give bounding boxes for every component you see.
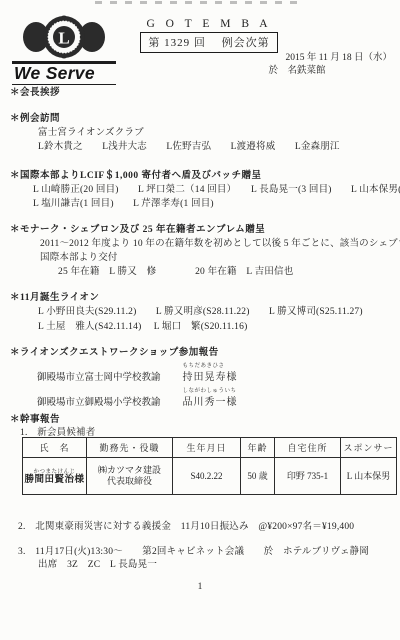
col-age: 年齢 bbox=[241, 438, 275, 458]
quest-participant-1: 御殿場市立富士岡中学校教諭もちだあきひさ持田晃寿様 bbox=[37, 368, 238, 383]
date-block: 2015 年 11 月 18 日（水） 於 名鉄菜館 bbox=[232, 52, 392, 78]
lions-club-logo: L We Serve bbox=[12, 14, 116, 85]
meeting-date: 2015 年 11 月 18 日（水） bbox=[232, 52, 392, 65]
quest-affiliation-2: 御殿場市立御殿場小学校教諭 bbox=[37, 398, 161, 408]
scan-artifact bbox=[95, 1, 305, 4]
birthday-lions-2: L 土屋 雅人(S42.11.14) L 堀口 繁(S20.11.16) bbox=[38, 318, 247, 332]
cell-name: かつまたけんじ 勝間田賢治様 bbox=[23, 458, 87, 495]
chevron-recipients: 25 年在籍 L 勝又 修 20 年在籍 L 吉田信也 bbox=[58, 263, 293, 277]
chevron-desc-1: 2011〜2012 年度より 10 年の在籍年数を初めとして以後 5 年ごとに、… bbox=[40, 235, 400, 249]
secretary-item-2: 2. 北関東豪雨災害に対する義援金 11月10日振込み @¥200×97名＝¥1… bbox=[18, 518, 354, 532]
visit-members: L鈴木貴之 L浅井大志 L佐野吉弘 L渡邉将威 L金森朋江 bbox=[38, 138, 340, 152]
quest-furigana-2: しながわしゅういち bbox=[183, 386, 237, 394]
workplace-role: 代表取締役 bbox=[87, 476, 172, 487]
page-number: 1 bbox=[0, 582, 400, 592]
quest-name-2: しながわしゅういち品川秀一様 bbox=[183, 393, 238, 408]
new-member-table-wrap: 氏 名 勤務先・役職 生年月日 年齢 自宅住所 スポンサー かつまたけんじ 勝間… bbox=[22, 437, 397, 495]
secretary-item-3: 3. 11月17日(火)13:30〜 第2回キャビネット会議 於 ホテルブリヴェ… bbox=[18, 543, 369, 557]
quest-name-1: もちだあきひさ持田晃寿様 bbox=[183, 368, 238, 383]
svg-text:L: L bbox=[58, 29, 69, 48]
cell-birthdate: S40.2.22 bbox=[173, 458, 241, 495]
lcif-recipients-1: L 山崎勝正(20 回目) L 坪口榮二（14 回目） L 長島晃一(3 回目)… bbox=[33, 181, 400, 195]
col-sponsor: スポンサー bbox=[341, 438, 397, 458]
section-secretary-title: ＊幹事報告 bbox=[10, 411, 60, 425]
section-quest-title: ＊ライオンズクエストワークショップ参加報告 bbox=[10, 344, 219, 358]
section-chevron-title: ＊モナーク・シェブロン及び 25 年在籍者エンブレム贈呈 bbox=[10, 221, 265, 235]
secretary-item-1: 1. 新会員候補者 bbox=[20, 424, 95, 438]
section-lcif-title: ＊国際本部よりLCIF＄1,000 寄付者へ盾及びバッチ贈呈 bbox=[10, 167, 261, 181]
club-name: G O T E M B A bbox=[128, 18, 290, 30]
table-row: かつまたけんじ 勝間田賢治様 ㈱カツマタ建設 代表取締役 S40.2.22 50… bbox=[23, 458, 397, 495]
logo-motto: We Serve bbox=[12, 64, 116, 83]
cell-sponsor: L 山本保男 bbox=[341, 458, 397, 495]
candidate-name: 勝間田賢治様 bbox=[23, 475, 86, 486]
section-birthday-title: ＊11月誕生ライオン bbox=[10, 289, 99, 303]
cell-workplace: ㈱カツマタ建設 代表取締役 bbox=[87, 458, 173, 495]
meeting-agenda-document: L We Serve G O T E M B A 第 1329 回 例会次第 2… bbox=[0, 0, 400, 640]
quest-affiliation-1: 御殿場市立富士岡中学校教諭 bbox=[37, 373, 161, 383]
col-workplace: 勤務先・役職 bbox=[87, 438, 173, 458]
quest-participant-2: 御殿場市立御殿場小学校教諭しながわしゅういち品川秀一様 bbox=[37, 393, 238, 408]
meeting-venue: 於 名鉄菜館 bbox=[232, 65, 392, 78]
secretary-item-3-attendees: 出席 3Z ZC L 長島晃一 bbox=[38, 556, 157, 570]
birthday-lions-1: L 小野田良夫(S29.11.2) L 勝又明彦(S28.11.22) L 勝又… bbox=[38, 303, 363, 317]
cell-address: 印野 735-1 bbox=[275, 458, 341, 495]
workplace-company: ㈱カツマタ建設 bbox=[87, 465, 172, 476]
col-name: 氏 名 bbox=[23, 438, 87, 458]
document-header: G O T E M B A 第 1329 回 例会次第 bbox=[128, 18, 290, 53]
new-member-table: 氏 名 勤務先・役職 生年月日 年齢 自宅住所 スポンサー かつまたけんじ 勝間… bbox=[22, 437, 397, 495]
lcif-recipients-2: L 塩川謙吉(1 回目) L 芹澤孝寿(1 回目) bbox=[33, 195, 214, 209]
section-greeting-title: ＊会長挨拶 bbox=[10, 84, 60, 98]
section-visit-title: ＊例会訪問 bbox=[10, 110, 60, 124]
cell-age: 50 歳 bbox=[241, 458, 275, 495]
table-header-row: 氏 名 勤務先・役職 生年月日 年齢 自宅住所 スポンサー bbox=[23, 438, 397, 458]
col-birthdate: 生年月日 bbox=[173, 438, 241, 458]
col-address: 自宅住所 bbox=[275, 438, 341, 458]
lions-emblem-icon: L bbox=[14, 14, 114, 60]
chevron-desc-2: 国際本部より交付 bbox=[40, 249, 118, 263]
meeting-title: 第 1329 回 例会次第 bbox=[140, 32, 277, 53]
visit-club: 富士宮ライオンズクラブ bbox=[38, 124, 144, 138]
quest-furigana-1: もちだあきひさ bbox=[183, 361, 225, 369]
